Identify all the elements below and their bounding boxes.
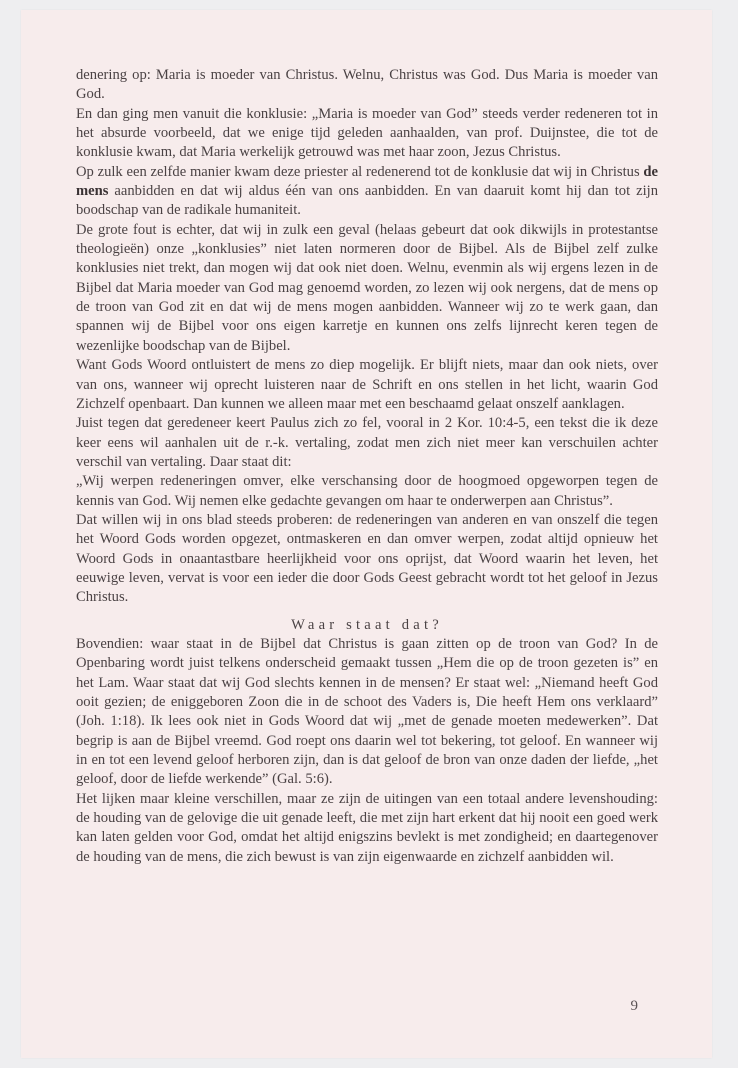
paragraph: denering op: Maria is moeder van Christu… xyxy=(76,66,658,105)
page-number: 9 xyxy=(631,998,639,1015)
paragraph-text: Op zulk een zelfde manier kwam deze prie… xyxy=(76,164,643,180)
paragraph: Want Gods Woord ontluistert de mens zo d… xyxy=(76,356,658,414)
paragraph: Bovendien: waar staat in de Bijbel dat C… xyxy=(76,635,658,790)
paragraph: Juist tegen dat geredeneer keert Paulus … xyxy=(76,414,658,472)
paragraph: En dan ging men vanuit die konklusie: „M… xyxy=(76,105,658,163)
body-text: denering op: Maria is moeder van Christu… xyxy=(76,66,658,867)
paragraph: Op zulk een zelfde manier kwam deze prie… xyxy=(76,163,658,221)
paragraph-text: aanbidden en dat wij aldus één van ons a… xyxy=(76,183,658,218)
paragraph: De grote fout is echter, dat wij in zulk… xyxy=(76,221,658,356)
section-heading: Waar staat dat? xyxy=(76,616,658,635)
paragraph: Het lijken maar kleine verschillen, maar… xyxy=(76,790,658,867)
document-page: denering op: Maria is moeder van Christu… xyxy=(21,10,712,1058)
quote-paragraph: „Wij werpen redeneringen omver, elke ver… xyxy=(76,472,658,511)
paragraph: Dat willen wij in ons blad steeds prober… xyxy=(76,511,658,608)
